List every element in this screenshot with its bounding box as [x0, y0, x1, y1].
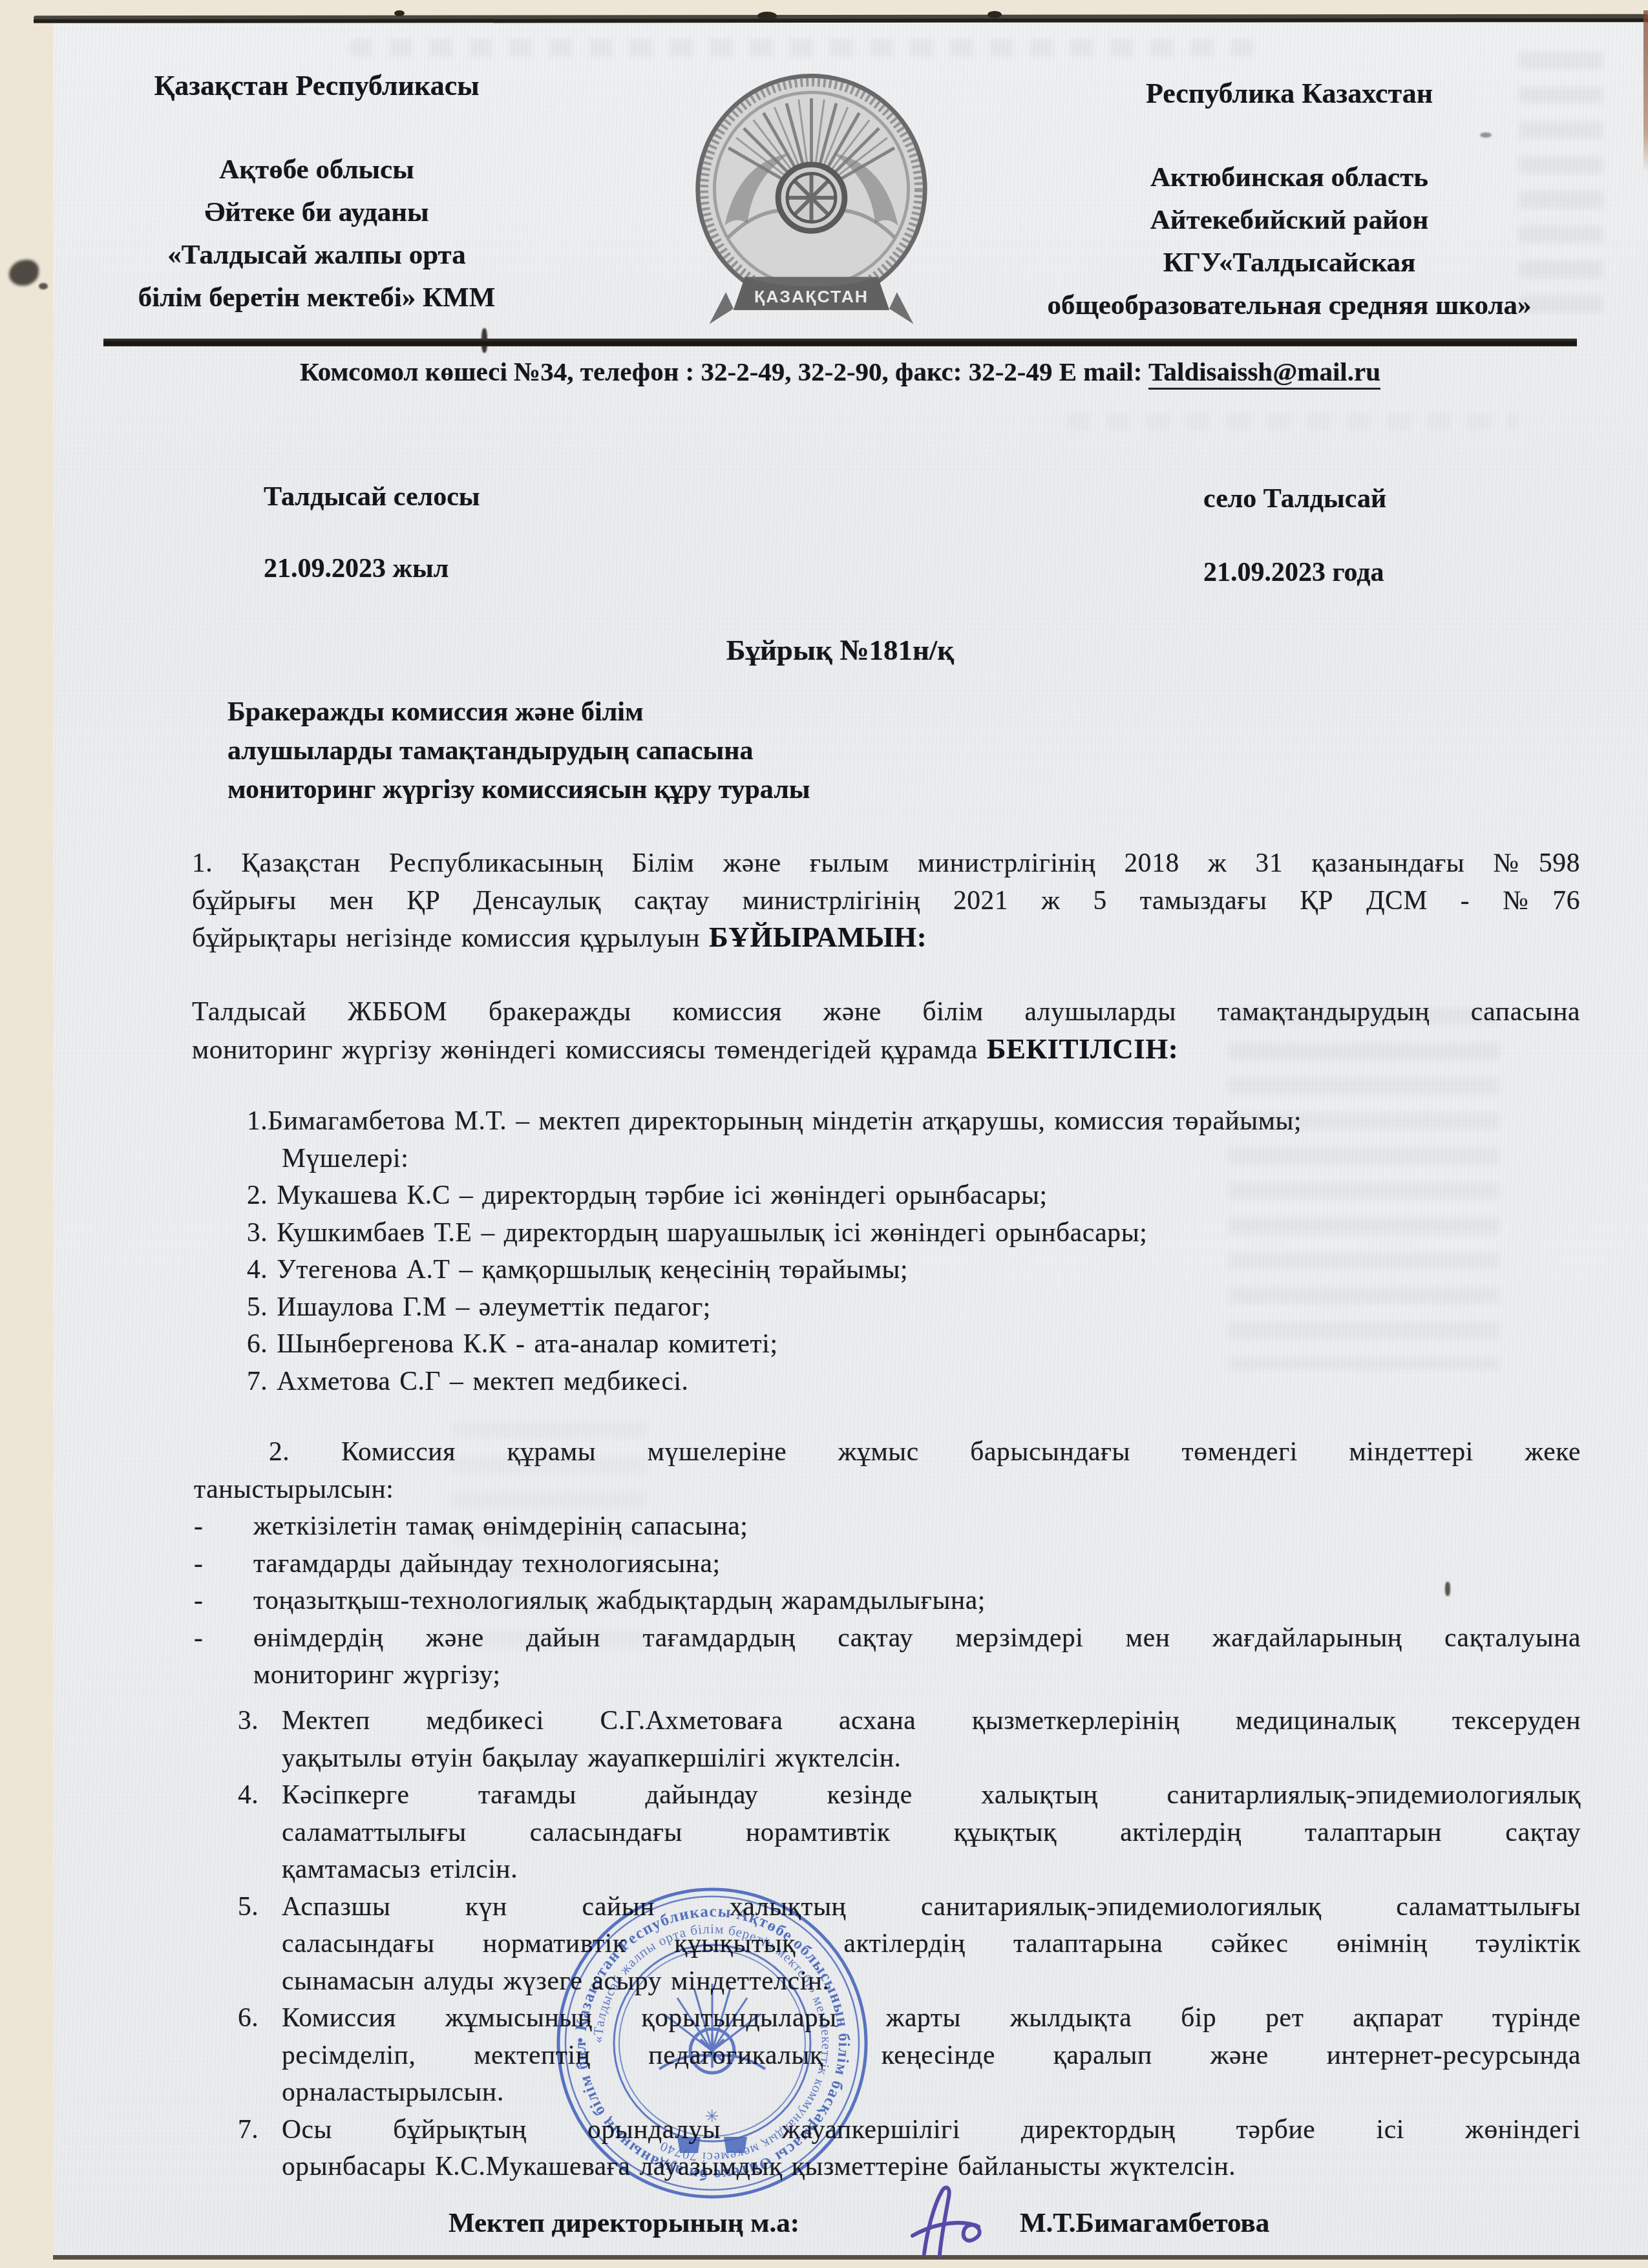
header-rule [103, 339, 1577, 346]
duty-dash-list: - жеткізілетін тамақ өнімдерінің сапасын… [194, 1507, 1581, 1694]
letterhead-russian: Республика Казахстан Актюбинская область… [979, 72, 1600, 327]
scan-edge-nick [394, 10, 405, 16]
item-number: 6. [238, 1999, 282, 2111]
ink-blot [9, 260, 39, 286]
order-item: 7. Осы бұйрықтың орындалуы жауапкершіліг… [238, 2111, 1581, 2185]
item-line: Комиссия жұмысының қорытындылары жарты ж… [282, 1999, 1581, 2037]
item-number: 4. [238, 1776, 282, 1888]
paragraph-line: таныстырылсын: [194, 1471, 1581, 1508]
paragraph-line: 2. Комиссия құрамы мүшелеріне жұмыс бары… [194, 1433, 1581, 1471]
org-name-ru-2: общеобразовательная средняя школа» [1047, 290, 1531, 320]
dash-bullet: - [194, 1582, 253, 1619]
list-item-text: тағамдарды дайындау технологиясына; [253, 1545, 1581, 1582]
member-item: 1.Бимагамбетова М.Т. – мектеп директорын… [247, 1102, 1539, 1140]
subject-line: алушыларды тамақтандырудың сапасына [227, 731, 1042, 770]
item-line: орналастырылсын. [282, 2074, 1581, 2111]
contact-line: Комсомол көшесі №34, телефон : 32-2-49, … [103, 356, 1577, 387]
paragraph-approve: Талдысай ЖББОМ бракеражды комиссия және … [192, 993, 1580, 1068]
contact-email: Taldisaissh@mail.ru [1148, 357, 1380, 390]
list-item-text: тоңазытқыш-технологиялық жабдықтардың жа… [253, 1582, 1581, 1619]
member-item: 2. Мукашева К.С – директордың тәрбие ісі… [247, 1177, 1539, 1214]
order-title: Бұйрық №181н/қ [246, 633, 1435, 667]
scan-right-edge [1643, 10, 1648, 172]
org-country-ru: Республика Казахстан [979, 72, 1600, 115]
item-line: саласындағы нормативтік құықытық актілер… [282, 1925, 1581, 1962]
list-item-line: өнімдердің және дайын тағамдардың сақтау… [253, 1619, 1581, 1657]
item-line: қамтамасыз етілсін. [282, 1851, 1581, 1888]
org-district-kk: Әйтеке би ауданы [204, 197, 428, 227]
handwritten-signature [902, 2184, 999, 2258]
contact-text: Комсомол көшесі №34, телефон : 32-2-49, … [300, 357, 1148, 386]
paragraph-duties: 2. Комиссия құрамы мүшелеріне жұмыс бары… [194, 1433, 1581, 1507]
order-verb: БҰЙЫРАМЫН: [709, 921, 927, 953]
kazakhstan-state-emblem: ҚАЗАҚСТАН [684, 57, 939, 341]
item-text: Аспазшы күн сайын халықтың санитариялық-… [282, 1888, 1581, 2000]
list-item: - тағамдарды дайындау технологиясына; [194, 1545, 1581, 1582]
item-number: 3. [238, 1702, 282, 1776]
paragraph-line: мониторинг жүргізу жөніндегі комиссиясы … [192, 1031, 1580, 1069]
order-item: 6. Комиссия жұмысының қорытындылары жарт… [238, 1999, 1581, 2111]
list-item-text: өнімдердің және дайын тағамдардың сақтау… [253, 1619, 1581, 1694]
approve-verb: БЕКІТІЛСІН: [987, 1033, 1178, 1065]
org-name-kk-1: «Талдысай жалпы орта [167, 240, 465, 270]
dash-bullet: - [194, 1619, 253, 1694]
order-subject: Бракеражды комиссия және білім алушылард… [227, 693, 1042, 809]
order-items-list: 3. Мектеп медбикесі С.Г.Ахметоваға асхан… [238, 1702, 1581, 2185]
member-item: 7. Ахметова С.Г – мектеп медбикесі. [247, 1363, 1539, 1400]
paragraph-line: Талдысай ЖББОМ бракеражды комиссия және … [192, 993, 1580, 1031]
org-region-ru: Актюбинская область [1150, 162, 1428, 193]
list-item-text: жеткізілетін тамақ өнімдерінің сапасына; [253, 1507, 1581, 1545]
date-ru: 21.09.2023 года [1203, 557, 1384, 588]
order-item: 4. Кәсіпкерге тағамды дайындау кезінде х… [238, 1776, 1581, 1888]
item-line: Аспазшы күн сайын халықтың санитариялық-… [282, 1888, 1581, 1926]
org-district-ru: Айтекебийский район [1150, 205, 1429, 235]
ink-speck [39, 283, 48, 289]
place-ru: село Талдысай [1203, 483, 1386, 514]
subject-line: мониторинг жүргізу комиссиясын құру тура… [227, 770, 1042, 809]
item-number: 7. [238, 2111, 282, 2185]
item-line: Кәсіпкерге тағамды дайындау кезінде халы… [282, 1776, 1581, 1814]
item-line: уақытылы өтуін бақылау жауапкершілігі жү… [282, 1739, 1581, 1777]
list-item: - өнімдердің және дайын тағамдардың сақт… [194, 1619, 1581, 1694]
scan-edge-nick [757, 12, 777, 20]
org-country-kk: Қазақстан Республикасы [90, 65, 543, 107]
signatory-name: М.Т.Бимагамбетова [1020, 2207, 1269, 2239]
paragraph-line: бұйрықтары негізінде комиссия құрылуын Б… [192, 919, 1580, 957]
signatory-title: Мектеп директорының м.а: [449, 2207, 799, 2239]
letterhead-kazakh: Қазақстан Республикасы Ақтөбе облысы Әйт… [90, 65, 543, 319]
item-line: саламаттылығы саласындағы норамтивтік құ… [282, 1814, 1581, 1851]
commission-members-list: 1.Бимагамбетова М.Т. – мектеп директорын… [247, 1102, 1539, 1400]
org-name-ru-1: КГУ«Талдысайская [1163, 247, 1416, 278]
item-text: Кәсіпкерге тағамды дайындау кезінде халы… [282, 1776, 1581, 1888]
item-line: Мектеп медбикесі С.Г.Ахметоваға асхана қ… [282, 1702, 1581, 1739]
order-item: 5. Аспазшы күн сайын халықтың санитариял… [238, 1888, 1581, 2000]
scan-bottom-edge [53, 2255, 1648, 2260]
dash-bullet: - [194, 1507, 253, 1545]
item-line: орынбасары К.С.Мукашеваға лауазымдық қыз… [282, 2148, 1581, 2185]
paragraph-line-text: мониторинг жүргізу жөніндегі комиссиясы … [192, 1034, 987, 1064]
item-number: 5. [238, 1888, 282, 2000]
item-line: ресімделіп, мектептің педагогикалық кеңе… [282, 2037, 1581, 2074]
subject-line: Бракеражды комиссия және білім [227, 693, 1042, 731]
order-item: 3. Мектеп медбикесі С.Г.Ахметоваға асхан… [238, 1702, 1581, 1776]
member-item: 5. Ишаулова Г.М – әлеуметтік педагог; [247, 1288, 1539, 1326]
scanned-document: Қазақстан Республикасы Ақтөбе облысы Әйт… [0, 0, 1648, 2268]
org-region-kk: Ақтөбе облысы [219, 154, 414, 185]
emblem-banner-text: ҚАЗАҚСТАН [754, 287, 869, 306]
members-subheading: Мүшелері: [247, 1140, 1539, 1177]
list-item: - жеткізілетін тамақ өнімдерінің сапасын… [194, 1507, 1581, 1545]
paragraph-basis: 1. Қазақстан Республикасының Білім және … [192, 845, 1580, 957]
official-stamp: • Қазақстан Республикасы Ақтөбе облысыны… [551, 1882, 874, 2205]
item-text: Осы бұйрықтың орындалуы жауапкершілігі д… [282, 2111, 1581, 2185]
paragraph-line-text: бұйрықтары негізінде комиссия құрылуын [192, 923, 709, 952]
item-line: Осы бұйрықтың орындалуы жауапкершілігі д… [282, 2111, 1581, 2148]
list-item: - тоңазытқыш-технологиялық жабдықтардың … [194, 1582, 1581, 1619]
place-kk: Талдысай селосы [264, 481, 480, 512]
item-text: Мектеп медбикесі С.Г.Ахметоваға асхана қ… [282, 1702, 1581, 1776]
member-item: 4. Утегенова А.Т – қамқоршылық кеңесінің… [247, 1251, 1539, 1288]
stamp-center-emblem: ✳ [659, 1984, 765, 2153]
svg-text:✳: ✳ [705, 2107, 719, 2126]
dash-bullet: - [194, 1545, 253, 1582]
list-item-line: мониторинг жүргізу; [253, 1656, 1581, 1694]
member-item: 6. Шынбергенова К.К - ата-аналар комитет… [247, 1325, 1539, 1363]
item-line: сынамасын алуды жүзеге асыру міндеттелсі… [282, 1962, 1581, 2000]
paragraph-line: бұйрығы мен ҚР Денсаулық сақтау министрл… [192, 882, 1580, 919]
item-text: Комиссия жұмысының қорытындылары жарты ж… [282, 1999, 1581, 2111]
org-name-kk-2: білім беретін мектебі» КММ [138, 282, 496, 313]
date-kk: 21.09.2023 жыл [264, 553, 449, 584]
member-item: 3. Кушкимбаев Т.Е – директордың шаруашыл… [247, 1214, 1539, 1252]
scan-edge-nick [988, 11, 1002, 18]
paragraph-line: 1. Қазақстан Республикасының Білім және … [192, 845, 1580, 882]
